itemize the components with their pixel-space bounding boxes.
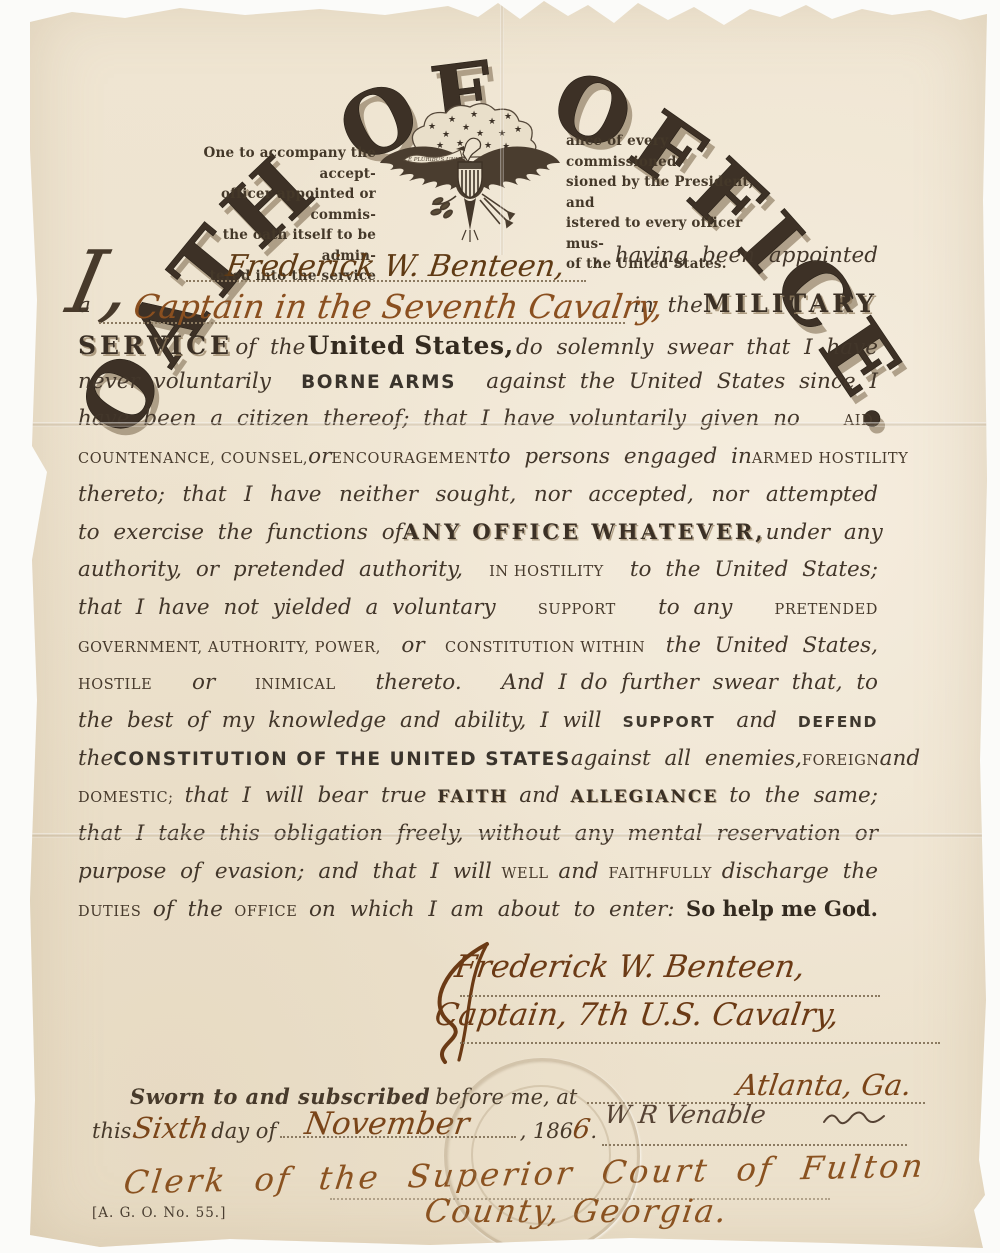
oath-text: the best of my knowledge and ability, I … [78,708,601,733]
clerk-signature-rule [602,1144,907,1146]
svg-text:★: ★ [462,123,470,133]
oath-line: purpose of evasion; and that I willWELLa… [78,859,878,897]
svg-text:★: ★ [514,125,522,135]
oath-text: SUPPORT [538,602,616,618]
oath-text: and [558,859,598,884]
header-note-line: ance of every commissioned [566,131,781,172]
oath-text: under any [766,520,883,545]
oath-text: a [78,293,91,318]
oath-line: COUNTENANCE, COUNSEL,orENCOURAGEMENTto p… [78,444,878,482]
oath-text: or [308,444,331,469]
oath-text: ANY OFFICE WHATEVER, [403,519,766,544]
oath-text: ENCOURAGEMENT [331,451,489,467]
oath-line: thereto; that I have neither sought, nor… [78,482,878,520]
oath-line: GOVERNMENT, AUTHORITY, POWER,orCONSTITUT… [78,633,878,671]
oath-text: to persons engaged in [489,444,752,469]
oath-text: discharge the [722,859,878,884]
oath-text: DUTIES [78,904,141,920]
oath-line: DOMESTIC;that I will bear trueFAITHandAL… [78,783,878,821]
oath-text: GOVERNMENT, AUTHORITY, POWER, [78,640,381,656]
oath-text: against the United States since I [486,369,878,394]
american-eagle-crest-icon: ★★★ ★★★ ★★★ ★★★ ★★ E PLURIBUS UNUM [378,102,562,246]
fold-crease [500,0,504,255]
oath-text: that I will bear true [185,783,427,808]
eagle-banner-text: E PLURIBUS UNUM [407,157,466,163]
handwritten-day: Sixth [131,1111,212,1145]
svg-text:★: ★ [470,110,478,120]
oath-text: and [880,746,920,771]
oath-text: United States, [308,331,514,360]
svg-text:★: ★ [484,141,492,151]
oath-text: and [519,783,559,808]
oath-text: to the United States; [630,557,878,582]
oath-text: HOSTILE [78,677,152,693]
handwritten-place: Atlanta, Ga. [735,1068,914,1102]
handwritten-name: Frederick W. Benteen, [224,249,567,284]
oath-line: DUTIESof theOFFICEon which I am about to… [78,896,878,934]
oath-text: have been a citizen thereof; that I have… [78,406,800,431]
oath-text: or [192,670,215,695]
handwritten-office: Captain in the Seventh Cavalry, [131,287,665,326]
oath-line: never voluntarilyBORNE ARMSagainst the U… [78,369,878,407]
oath-line-office: a Captain in the Seventh Cavalry, in the… [78,289,878,331]
oath-text: FAITH [437,787,508,807]
oath-text: IN HOSTILITY [489,564,604,580]
oath-text: to exercise the functions of [78,520,403,545]
oath-text: thereto; that I have neither sought, nor… [78,482,878,507]
oath-text: And I do further swear that, to [501,670,878,695]
eagle-body: E PLURIBUS UNUM [380,138,560,242]
svg-text:★: ★ [476,129,484,139]
oath-text: and [736,708,776,733]
svg-text:★: ★ [488,117,496,127]
oath-text: or [401,633,424,658]
oath-text: INIMICAL [255,677,336,693]
oath-text: FOREIGN [802,753,880,769]
oath-line: HOSTILEorINIMICALthereto.And I do furthe… [78,670,878,708]
document-paper: OATH OF OFFICE. OATH OF OFFICE. One to a… [30,0,987,1250]
oath-text: ARMED HOSTILITY [752,451,909,467]
form-number: [A. G. O. No. 55.] [92,1205,226,1221]
oath-text: against all enemies, [571,746,802,771]
oath-text: BORNE ARMS [301,372,456,393]
fold-crease [30,833,987,838]
oath-line: authority, or pretended authority,IN HOS… [78,557,878,595]
oath-text: the [78,746,113,771]
oath-text: never voluntarily [78,369,271,394]
signature-rank: Captain, 7th U.S. Cavalry, [432,997,841,1033]
oath-text: COUNTENANCE, COUNSEL, [78,451,308,467]
oath-text: CONSTITUTION OF THE UNITED STATES [113,749,571,770]
oath-text: , having been appointed [594,243,878,268]
oath-text: WELL [502,866,549,882]
arrows [480,194,514,227]
this-label: this [92,1119,131,1143]
header-note-line: sioned by the President, and [566,172,781,213]
embossed-court-seal-inner [471,1085,611,1225]
oath-text: of the [235,335,305,360]
header-note-line: One to accompany the accept- [180,143,376,184]
oath-line: to exercise the functions ofANY OFFICE W… [78,519,878,557]
office-fill-field: Captain in the Seventh Cavalry, [99,282,625,324]
oath-text: to any [658,595,732,620]
fold-crease [30,422,987,427]
oath-text: authority, or pretended authority, [78,557,463,582]
oath-text: do solemnly swear that I have [516,335,878,360]
oath-text: ALLEGIANCE [571,787,719,807]
oath-text: DEFEND [798,713,878,731]
oath-line: SERVICEof theUnited States,do solemnly s… [78,331,878,369]
oath-text: SUPPORT [623,713,716,731]
signature-rule [460,1042,940,1044]
embossed-court-seal [444,1058,640,1253]
oath-text: the United States, [666,633,878,658]
oath-text: FAITHFULLY [609,866,713,882]
scanned-document-page: OATH OF OFFICE. OATH OF OFFICE. One to a… [0,0,1000,1253]
oath-line: theCONSTITUTION OF THE UNITED STATESagai… [78,746,878,784]
oath-body: Frederick W. Benteen, , having been appo… [78,243,878,934]
olive-branch [431,196,456,219]
oath-line: the best of my knowledge and ability, I … [78,708,878,746]
oath-text: CONSTITUTION WITHIN [445,640,645,656]
day-of-label: day of [211,1119,276,1143]
oath-text: thereto. [375,670,461,695]
svg-text:★: ★ [504,112,512,122]
oath-text: to the same; [729,783,878,808]
place-fill-field: Atlanta, Ga. [587,1058,925,1104]
signature-name: Frederick W. Benteen, [452,949,807,985]
oath-text: that I have not yielded a voluntary [78,595,496,620]
oath-line: that I have not yielded a voluntarySUPPO… [78,595,878,633]
oath-text: on which I am about to enter: [309,897,675,922]
svg-text:★: ★ [428,122,436,132]
oath-text: OFFICE [234,904,297,920]
svg-text:★: ★ [448,115,456,125]
oath-text: purpose of evasion; and that I will [78,859,492,884]
oath-text: So help me God. [686,896,878,921]
oath-text: DOMESTIC; [78,790,174,806]
oath-line: that I take this obligation freely, with… [78,821,878,859]
svg-text:★: ★ [442,130,450,140]
oath-text: PRETENDED [775,602,878,618]
oath-text: of the [153,897,223,922]
name-fill-field: Frederick W. Benteen, [186,240,586,282]
header-note-line: officer appointed or commis- [180,184,376,225]
clerk-signature-paraph [820,1108,890,1128]
oath-text: MILITARY [703,289,878,318]
oath-text: SERVICE [78,331,233,360]
